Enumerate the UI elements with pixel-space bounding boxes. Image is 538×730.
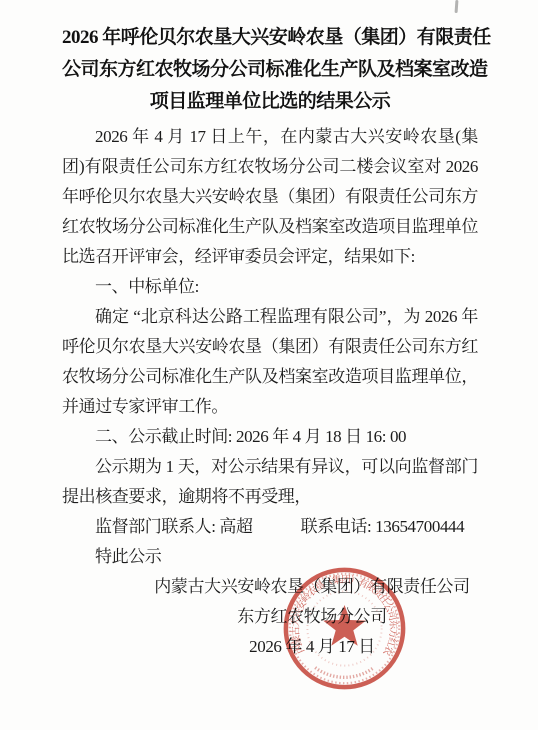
signature-block: 内蒙古大兴安岭农垦（集团）有限责任公司 东方红农牧场分公司 2026 年 4 月… (146, 572, 478, 662)
scan-artifact-mark (455, 0, 459, 13)
objection-paragraph: 公示期为 1 天，对公示结果有异议，可以向监督部门提出核查要求，逾期将不再受理， (62, 452, 478, 512)
contact-phone: 联系电话: 13654700444 (301, 517, 465, 536)
signature-date: 2026 年 4 月 17 日 (146, 632, 478, 662)
seal-bottom-hatch (315, 668, 374, 678)
winner-paragraph: 确定 “北京科达公路工程监理有限公司”，为 2026 年呼伦贝尔农垦大兴安岭农垦… (62, 302, 478, 422)
notice-content: 2026 年呼伦贝尔农垦大兴安岭农垦（集团）有限责任 公司东方红农牧场分公司标准… (62, 22, 478, 662)
intro-paragraph: 2026 年 4 月 17 日上午，在内蒙古大兴安岭农垦(集团)有限责任公司东方… (62, 122, 478, 272)
notice-body: 2026 年 4 月 17 日上午，在内蒙古大兴安岭农垦(集团)有限责任公司东方… (62, 122, 478, 572)
section1-heading: 一、中标单位: (62, 272, 478, 302)
contact-person: 监督部门联系人: 高超 (95, 517, 253, 536)
notice-title-line-1: 2026 年呼伦贝尔农垦大兴安岭农垦（集团）有限责任 (62, 22, 478, 54)
notice-title-line-3: 项目监理单位比选的结果公示 (62, 86, 478, 118)
closing-line: 特此公示 (62, 542, 478, 572)
notice-document-page: 2026 年呼伦贝尔农垦大兴安岭农垦（集团）有限责任 公司东方红农牧场分公司标准… (0, 0, 538, 730)
section2-heading: 二、公示截止时间: 2026 年 4 月 18 日 16: 00 (62, 422, 478, 452)
signature-company-line-2: 东方红农牧场分公司 (146, 602, 478, 632)
notice-title: 2026 年呼伦贝尔农垦大兴安岭农垦（集团）有限责任 公司东方红农牧场分公司标准… (62, 22, 478, 118)
notice-title-line-2: 公司东方红农牧场分公司标准化生产队及档案室改造 (62, 54, 478, 86)
contact-line: 监督部门联系人: 高超联系电话: 13654700444 (62, 512, 478, 542)
signature-company-line-1: 内蒙古大兴安岭农垦（集团）有限责任公司 (146, 572, 478, 602)
